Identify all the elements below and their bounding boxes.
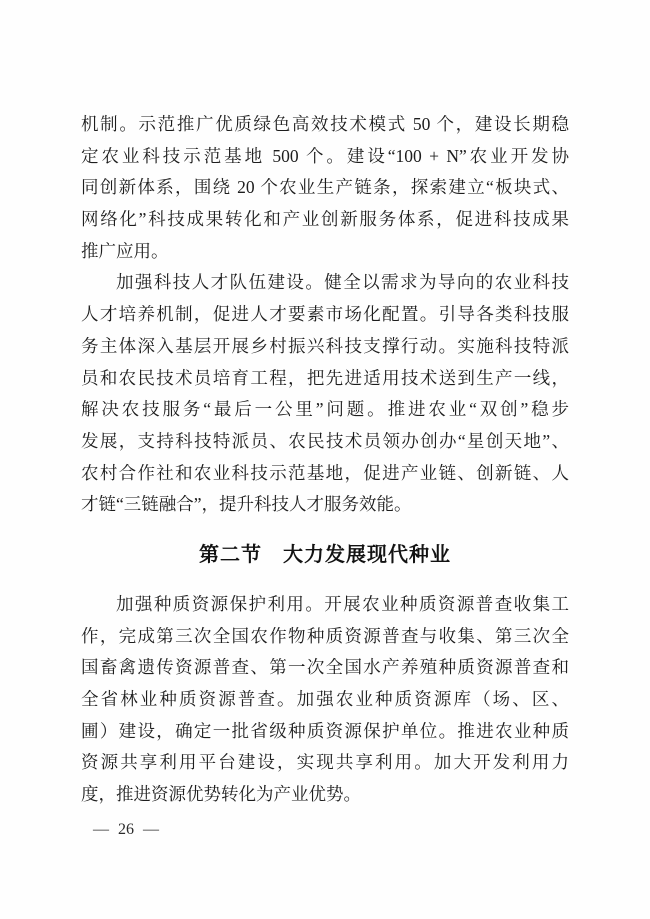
body-line: 务主体深入基层开展乡村振兴科技支撑行动。实施科技特派 [81,331,569,363]
paragraph-3: 加强种质资源保护利用。开展农业种质资源普查收集工 作，完成第三次全国农作物种质资… [81,589,569,811]
section-heading: 第二节 大力发展现代种业 [81,539,569,571]
body-line: 资源共享利用平台建设，实现共享利用。加大开发利用力 [81,747,569,779]
body-line: 机制。示范推广优质绿色高效技术模式 50 个，建设长期稳 [81,109,569,141]
paragraph-2: 加强科技人才队伍建设。健全以需求为导向的农业科技 人才培养机制，促进人才要素市场… [81,267,569,521]
body-line: 解决农技服务“最后一公里”问题。推进农业“双创”稳步 [81,394,569,426]
body-line: 网络化”科技成果转化和产业创新服务体系，促进科技成果 [81,204,569,236]
body-line: 同创新体系，围绕 20 个农业生产链条，探索建立“板块式、 [81,172,569,204]
body-line: 定农业科技示范基地 500 个。建设“100 + N”农业开发协 [81,141,569,173]
body-line: 作，完成第三次全国农作物种质资源普查与收集、第三次全 [81,621,569,653]
body-line: 全省林业种质资源普查。加强农业种质资源库（场、区、 [81,684,569,716]
paragraph-1: 机制。示范推广优质绿色高效技术模式 50 个，建设长期稳 定农业科技示范基地 5… [81,109,569,267]
body-line: 圃）建设，确定一批省级种质资源保护单位。推进农业种质 [81,716,569,748]
body-line: 发展，支持科技特派员、农民技术员领办创办“星创天地”、 [81,426,569,458]
body-line: 推广应用。 [81,236,569,268]
body-line: 农村合作社和农业科技示范基地，促进产业链、创新链、人 [81,458,569,490]
document-page: 机制。示范推广优质绿色高效技术模式 50 个，建设长期稳 定农业科技示范基地 5… [0,0,650,919]
body-line: 员和农民技术员培育工程，把先进适用技术送到生产一线， [81,363,569,395]
body-line: 加强种质资源保护利用。开展农业种质资源普查收集工 [81,589,569,621]
body-line: 国畜禽遗传资源普查、第一次全国水产养殖种质资源普查和 [81,652,569,684]
body-line: 加强科技人才队伍建设。健全以需求为导向的农业科技 [81,267,569,299]
body-line: 度，推进资源优势转化为产业优势。 [81,779,569,811]
page-number: — 26 — [93,821,159,839]
body-line: 才链“三链融合”，提升科技人才服务效能。 [81,489,569,521]
body-line: 人才培养机制，促进人才要素市场化配置。引导各类科技服 [81,299,569,331]
text-block: 机制。示范推广优质绿色高效技术模式 50 个，建设长期稳 定农业科技示范基地 5… [81,109,569,811]
